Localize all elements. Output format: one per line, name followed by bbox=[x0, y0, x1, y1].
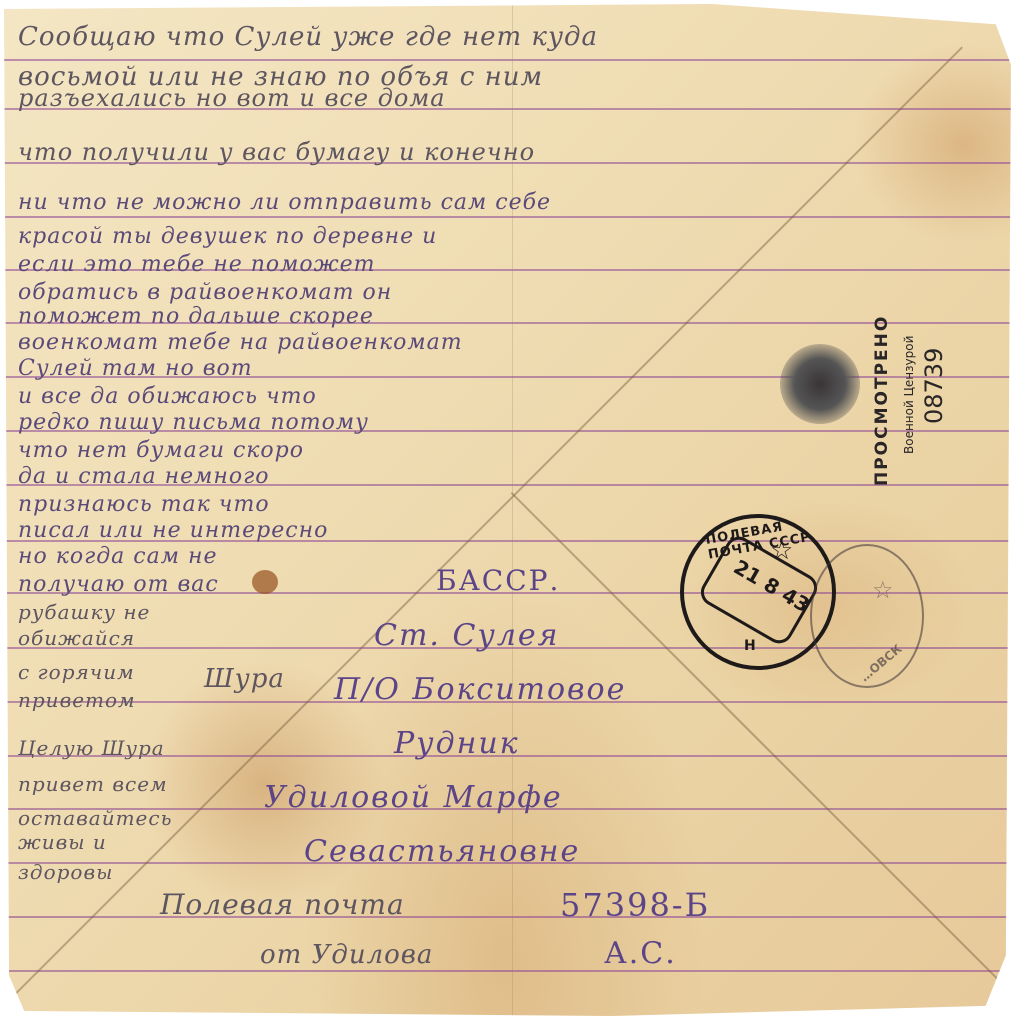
postmark-bottom-mark: Н bbox=[744, 638, 756, 654]
sender-initials: А.С. bbox=[604, 936, 677, 971]
address-line-station: Ст. Сулея bbox=[374, 618, 560, 653]
letter-signature: Шура bbox=[204, 664, 285, 694]
letter-line: что получили у вас бумагу и конечно bbox=[18, 138, 535, 166]
letter-line: да и стала немного bbox=[18, 464, 269, 489]
letter-line: рубашку не bbox=[18, 600, 150, 624]
letter-line: поможет по дальше скорее bbox=[18, 304, 374, 329]
faded-postmark-text: …ОВСК bbox=[857, 642, 904, 685]
letter-line: писал или не интересно bbox=[18, 518, 328, 543]
letter-line: Целую Шура bbox=[18, 736, 165, 760]
ruled-line bbox=[4, 970, 1016, 972]
star-icon: ☆ bbox=[770, 536, 793, 566]
letter-line: Сулей там но вот bbox=[18, 356, 253, 381]
letter-line: но когда сам не bbox=[18, 544, 217, 569]
letter-line: Сообщаю что Сулей уже где нет куда bbox=[18, 22, 598, 52]
letter-line: ни что не можно ли отправить сам себе bbox=[18, 190, 551, 215]
address-line-post-office: П/О Бокситовое bbox=[334, 672, 626, 707]
letter-line: военкомат тебе на райвоенкомат bbox=[18, 330, 463, 355]
return-address-sender: от Удилова bbox=[260, 940, 433, 970]
letter-line: красой ты девушек по деревне и bbox=[18, 224, 437, 249]
letter-line: приветом bbox=[18, 688, 136, 712]
ruled-line bbox=[4, 916, 1016, 918]
letter-line: что нет бумаги скоро bbox=[18, 438, 304, 463]
smudged-stamp bbox=[780, 344, 860, 424]
faded-postmark: …ОВСК ☆ bbox=[810, 544, 924, 688]
letter-line: привет всем bbox=[18, 772, 168, 796]
letter-line: признаюсь так что bbox=[18, 492, 270, 517]
ruled-line bbox=[4, 59, 1016, 61]
censor-stamp-subtitle: Военной Цензурой bbox=[902, 336, 916, 454]
letter-line: обижайся bbox=[18, 626, 135, 650]
star-icon: ☆ bbox=[872, 576, 894, 604]
address-line-region: БАССР. bbox=[436, 564, 560, 597]
address-line-recipient-patronymic: Севастьяновне bbox=[304, 834, 580, 869]
censor-stamp-number: 08739 bbox=[920, 348, 948, 424]
letter-line: здоровы bbox=[18, 860, 113, 884]
ruled-line bbox=[4, 216, 1016, 218]
letter-paper: Сообщаю что Сулей уже где нет куда восьм… bbox=[4, 4, 1016, 1016]
address-line-mine: Рудник bbox=[394, 726, 520, 761]
letter-line: с горячим bbox=[18, 660, 135, 684]
return-address-field-post: Полевая почта bbox=[160, 888, 405, 921]
letter-line: разъехались но вот и все дома bbox=[18, 84, 446, 112]
censor-stamp-title: ПРОСМОТРЕНО bbox=[872, 315, 892, 486]
letter-line: редко пишу письма потому bbox=[18, 410, 369, 435]
stain-blot bbox=[252, 570, 278, 594]
letter-line: получаю от вас bbox=[18, 572, 219, 597]
letter-line: если это тебе не поможет bbox=[18, 252, 376, 277]
letter-line: обратись в райвоенкомат он bbox=[18, 280, 392, 305]
address-line-recipient-name: Удиловой Марфе bbox=[264, 780, 563, 815]
field-post-number: 57398-Б bbox=[560, 886, 710, 924]
letter-line: оставайтесь bbox=[18, 806, 172, 830]
letter-line: и все да обижаюсь что bbox=[18, 384, 317, 409]
letter-line: живы и bbox=[18, 830, 107, 854]
